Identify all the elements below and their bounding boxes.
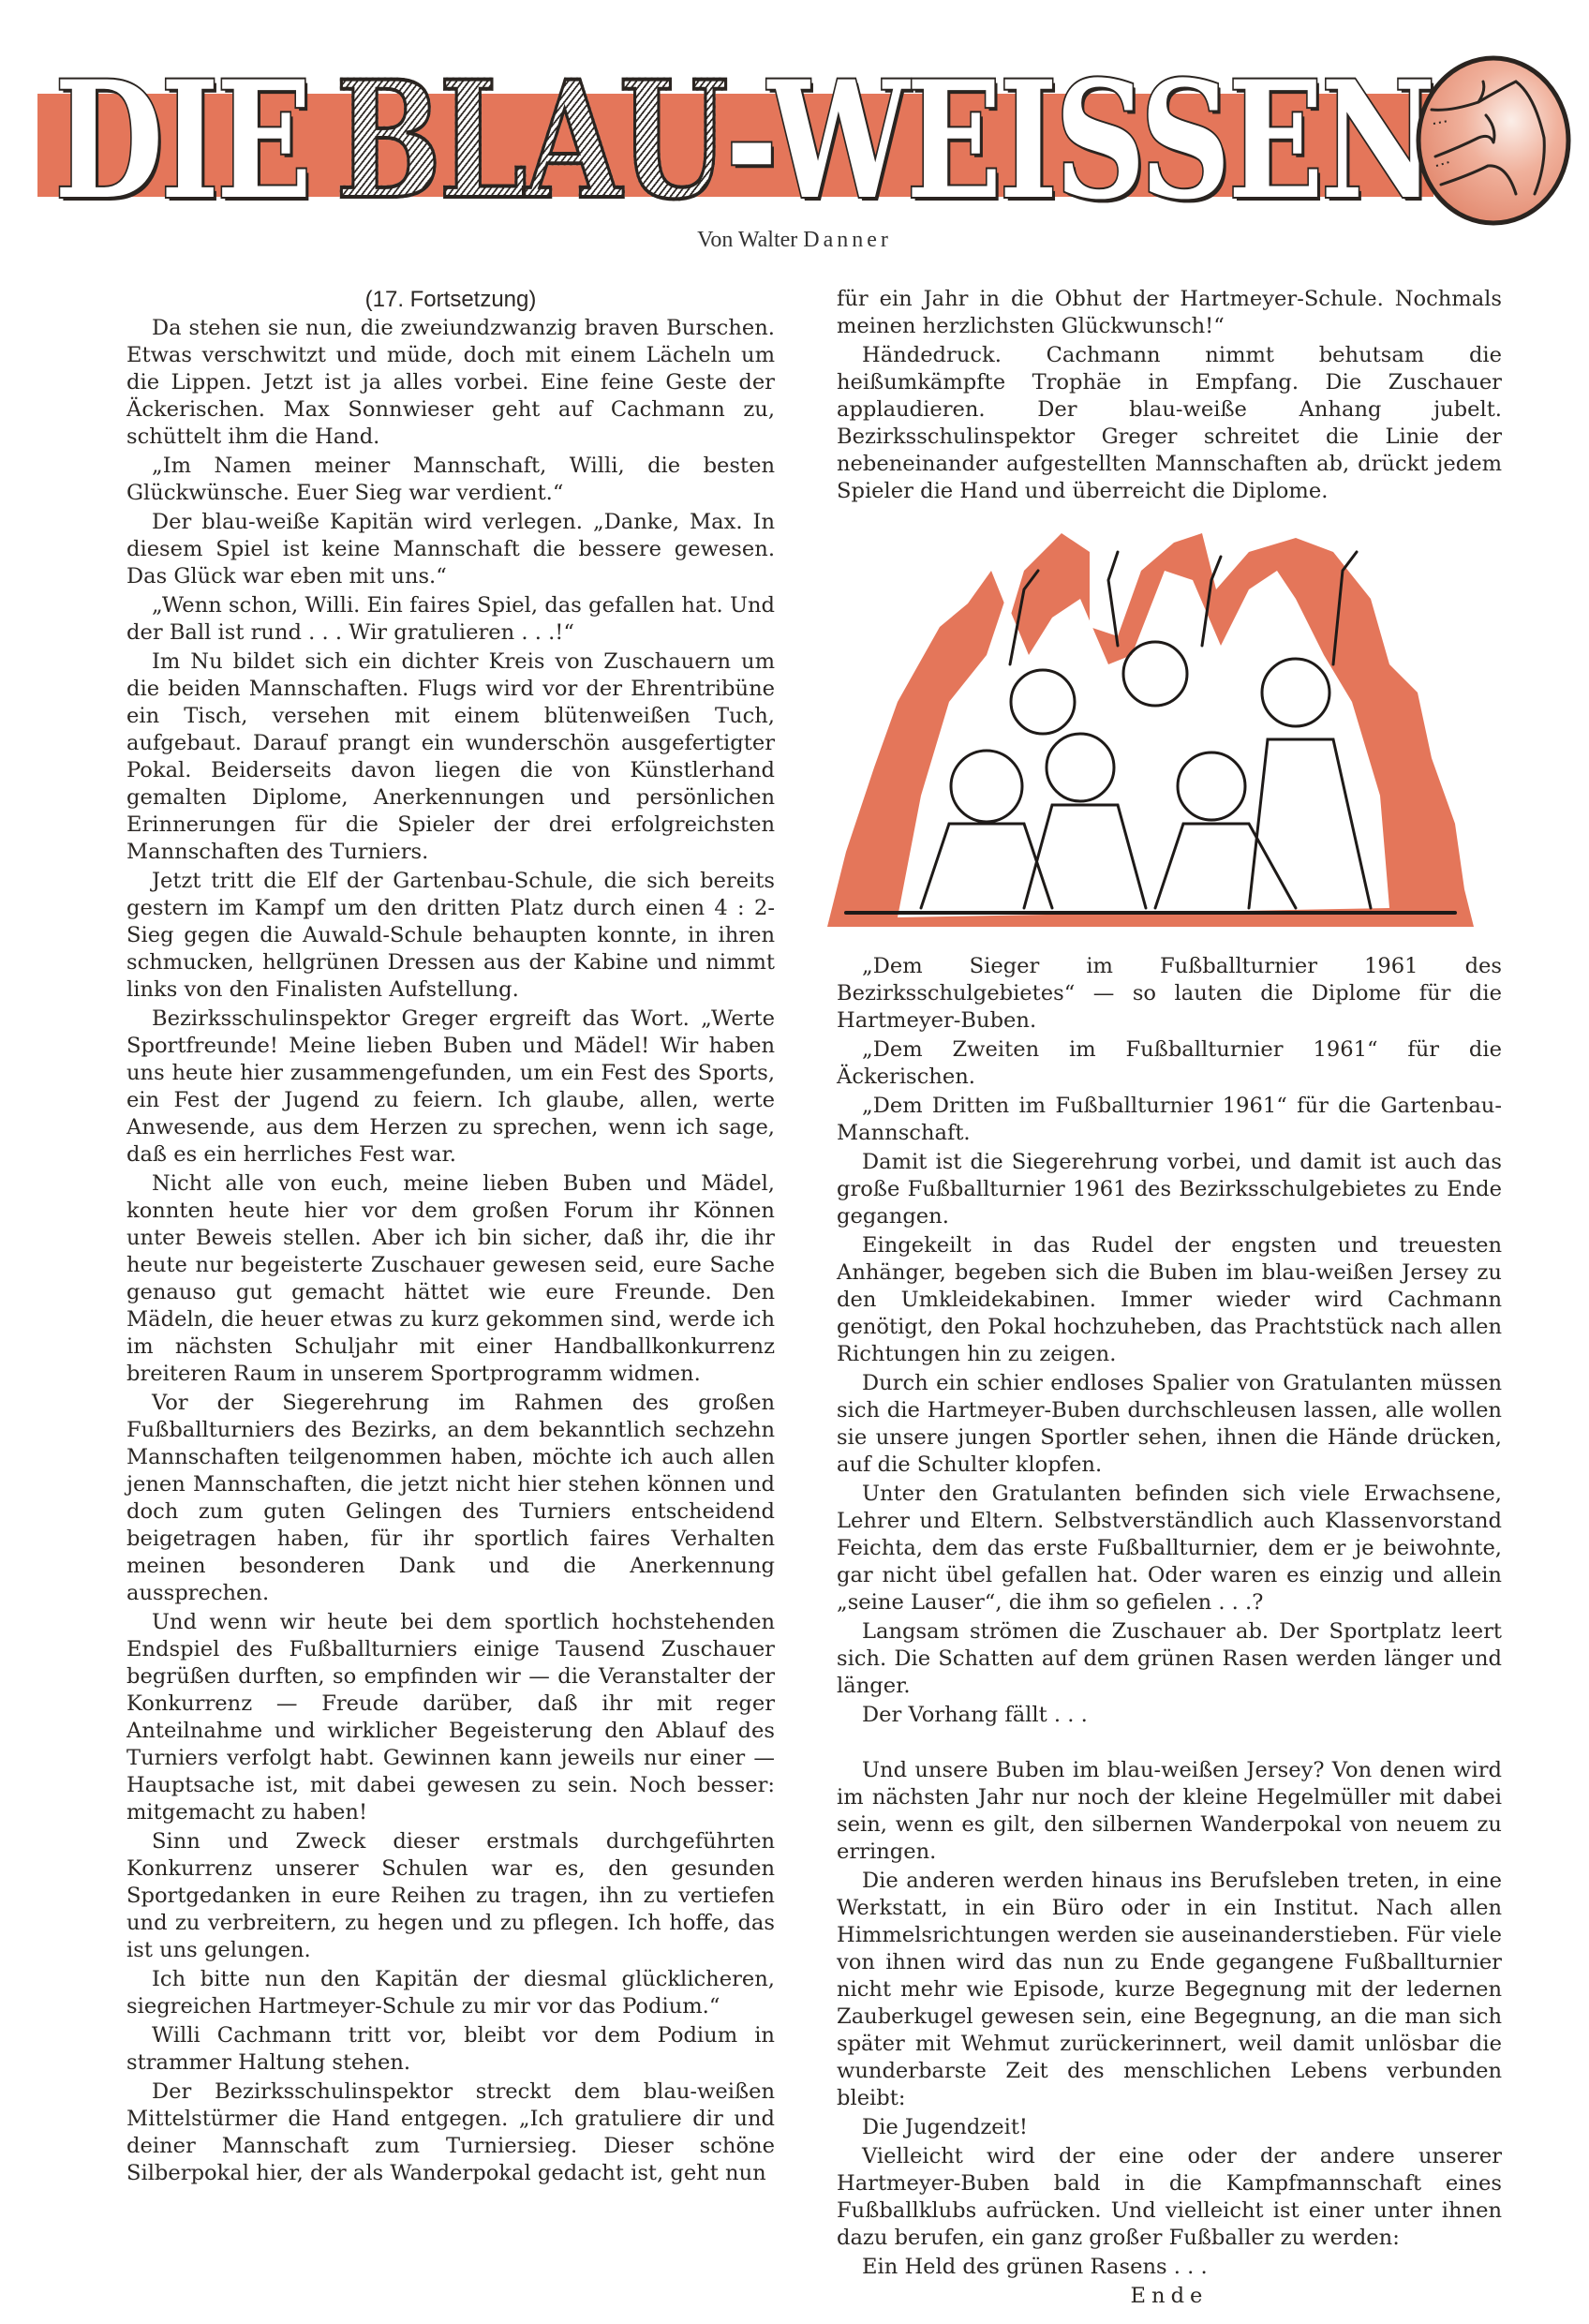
football-icon bbox=[1413, 53, 1574, 228]
title-die: DIE bbox=[54, 60, 309, 221]
paragraph: Durch ein schier endloses Spalier von Gr… bbox=[837, 1370, 1502, 1479]
left-column: (17. Fortsetzung) Da stehen sie nun, die… bbox=[126, 286, 775, 2189]
paragraph: Der Bezirksschulinspektor streckt dem bl… bbox=[126, 2078, 775, 2187]
paragraph: Der blau-weiße Kapitän wird verlegen. „D… bbox=[126, 509, 775, 590]
paragraph: Langsam strömen die Zuschauer ab. Der Sp… bbox=[837, 1618, 1502, 1700]
title-banner: DIE BLAU -WEISSEN bbox=[37, 52, 1555, 230]
paragraph: „Wenn schon, Willi. Ein faires Spiel, da… bbox=[126, 592, 775, 647]
section-break bbox=[837, 1731, 1502, 1757]
byline-prefix: Von Walter bbox=[697, 228, 797, 252]
paragraph: „Im Namen meiner Mannschaft, Willi, die … bbox=[126, 453, 775, 507]
paragraph: Nicht alle von euch, meine lieben Buben … bbox=[126, 1170, 775, 1388]
paragraph: Unter den Gratulanten befinden sich viel… bbox=[837, 1481, 1502, 1616]
paragraph: Jetzt tritt die Elf der Gartenbau-Schule… bbox=[126, 868, 775, 1004]
paragraph: „Dem Zweiten im Fußballturnier 1961“ für… bbox=[837, 1036, 1502, 1091]
paragraph: Damit ist die Siegerehrung vorbei, und d… bbox=[837, 1149, 1502, 1230]
paragraph: „Dem Dritten im Fußballturnier 1961“ für… bbox=[837, 1093, 1502, 1147]
paragraph: „Dem Sieger im Fußballturnier 1961 des B… bbox=[837, 953, 1502, 1035]
paragraph: Da stehen sie nun, die zweiundzwanzig br… bbox=[126, 315, 775, 451]
paragraph: Die anderen werden hinaus ins Berufslebe… bbox=[837, 1868, 1502, 2112]
paragraph: Und wenn wir heute bei dem sportlich hoc… bbox=[126, 1609, 775, 1826]
paragraph: Willi Cachmann tritt vor, bleibt vor dem… bbox=[126, 2022, 775, 2077]
paragraph: Sinn und Zweck dieser erstmals durchgefü… bbox=[126, 1828, 775, 1964]
paragraph: Händedruck. Cachmann nimmt behutsam die … bbox=[837, 342, 1502, 505]
byline-author: Danner bbox=[803, 228, 892, 252]
paragraph: Und unsere Buben im blau-weißen Jersey? … bbox=[837, 1757, 1502, 1866]
paragraph: Die Jugendzeit! bbox=[837, 2114, 1502, 2141]
title-blau: BLAU bbox=[335, 60, 725, 221]
paragraph: Bezirksschulinspektor Greger ergreift da… bbox=[126, 1006, 775, 1169]
paragraph: Eingekeilt in das Rudel der engsten und … bbox=[837, 1232, 1502, 1368]
title-weissen: -WEISSEN bbox=[725, 60, 1433, 221]
paragraph: Vielleicht wird der eine oder der andere… bbox=[837, 2143, 1502, 2252]
paragraph: Der Vorhang fällt . . . bbox=[837, 1702, 1502, 1729]
paragraph: Ich bitte nun den Kapitän der diesmal gl… bbox=[126, 1966, 775, 2020]
page-title: DIE BLAU -WEISSEN bbox=[54, 52, 1433, 230]
right-column: für ein Jahr in die Obhut der Hartmeyer-… bbox=[837, 286, 1502, 2312]
end-marker: Ende bbox=[837, 2283, 1502, 2310]
cheering-boys-illustration bbox=[809, 514, 1483, 936]
paragraph: Ein Held des grünen Rasens . . . bbox=[837, 2254, 1502, 2281]
paragraph: Im Nu bildet sich ein dichter Kreis von … bbox=[126, 648, 775, 866]
installment-label: (17. Fortsetzung) bbox=[126, 286, 775, 313]
paragraph: Vor der Siegerehrung im Rahmen des große… bbox=[126, 1390, 775, 1607]
byline: Von Walter Danner bbox=[0, 228, 1589, 253]
paragraph: für ein Jahr in die Obhut der Hartmeyer-… bbox=[837, 286, 1502, 340]
